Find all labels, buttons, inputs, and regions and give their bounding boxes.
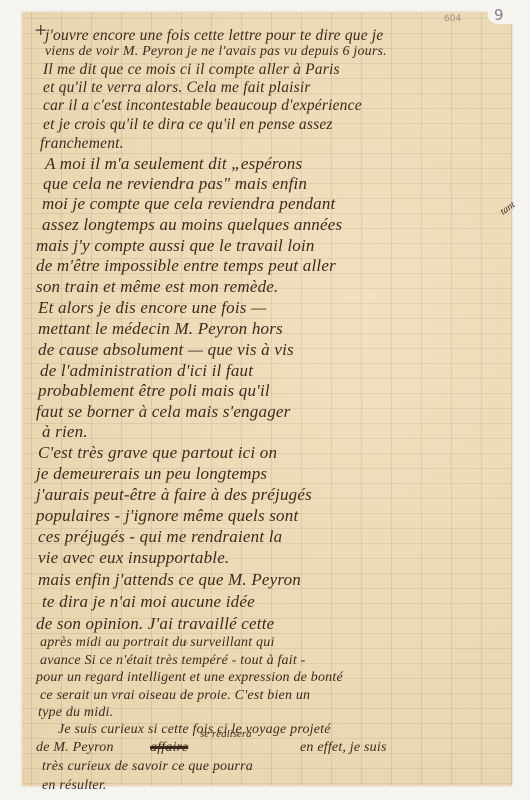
text-line: j'ouvre encore une fois cette lettre pou… <box>45 27 383 45</box>
text-line: Je suis curieux si cette fois ci le voya… <box>58 722 331 738</box>
text-line: très curieux de savoir ce que pourra <box>42 759 253 775</box>
text-line: te dira je n'ai moi aucune idée <box>42 592 255 612</box>
text-line: ces préjugés - qui me rendraient la <box>38 527 282 547</box>
text-line: je demeurerais un peu longtemps <box>36 464 267 484</box>
text-line: son train et même est mon remède. <box>36 277 279 297</box>
text-line: pour un regard intelligent et une expres… <box>36 670 343 686</box>
text-line: en résulter. <box>42 778 107 794</box>
text-line: vie avec eux insupportable. <box>38 548 229 568</box>
text-line: Il me dit que ce mois ci il compte aller… <box>43 61 340 79</box>
text-line: après midi au portrait du surveillant qu… <box>40 635 275 651</box>
text-line: et je crois qu'il te dira ce qu'il en pe… <box>43 116 333 134</box>
text-line: franchement. <box>40 135 124 153</box>
text-line: ce serait un vrai oiseau de proie. C'est… <box>40 688 310 704</box>
struck-text: affaire <box>150 740 188 756</box>
text-line: type du midi. <box>38 705 113 721</box>
text-line: populaires - j'ignore même quels sont <box>36 506 298 526</box>
text-line: assez longtemps au moins quelques années <box>42 215 342 235</box>
text-line: de son opinion. J'ai travaillé cette <box>36 614 274 634</box>
text-line: de cause absolument — que vis à vis <box>38 340 294 360</box>
text-line: Et alors je dis encore une fois — <box>38 298 266 318</box>
text-line: mais enfin j'attends ce que M. Peyron <box>38 570 301 590</box>
text-line: probablement être poli mais qu'il <box>38 381 270 401</box>
text-line: C'est très grave que partout ici on <box>38 443 277 463</box>
continuation-text: en effet, je suis <box>300 740 387 756</box>
text-line: faut se borner à cela mais s'engager <box>36 402 290 422</box>
text-line: A moi il m'a seulement dit „espérons <box>45 154 302 174</box>
text-line: que cela ne reviendra pas" mais enfin <box>43 174 307 194</box>
text-line: mais j'y compte aussi que le travail loi… <box>36 236 315 256</box>
text-line: avance Si ce n'était très tempéré - tout… <box>40 653 306 669</box>
inserted-text-above: se réalisera <box>200 728 252 740</box>
text-line: moi je compte que cela reviendra pendant <box>42 194 335 214</box>
text-line: car il a c'est incontestable beaucoup d'… <box>43 97 362 115</box>
text-line: de m'être impossible entre temps peut al… <box>36 256 336 276</box>
handwritten-text-block: j'ouvre encore une fois cette lettre pou… <box>0 0 530 800</box>
text-line: de l'administration d'ici il faut <box>40 361 253 381</box>
text-line: viens de voir M. Peyron je ne l'avais pa… <box>45 44 387 60</box>
text-line: et qu'il te verra alors. Cela me fait pl… <box>43 79 311 97</box>
text-line: de M. Peyron <box>36 740 114 756</box>
text-line: à rien. <box>42 422 88 442</box>
text-line: j'aurais peut-être à faire à des préjugé… <box>36 485 312 505</box>
text-line: mettant le médecin M. Peyron hors <box>38 319 283 339</box>
